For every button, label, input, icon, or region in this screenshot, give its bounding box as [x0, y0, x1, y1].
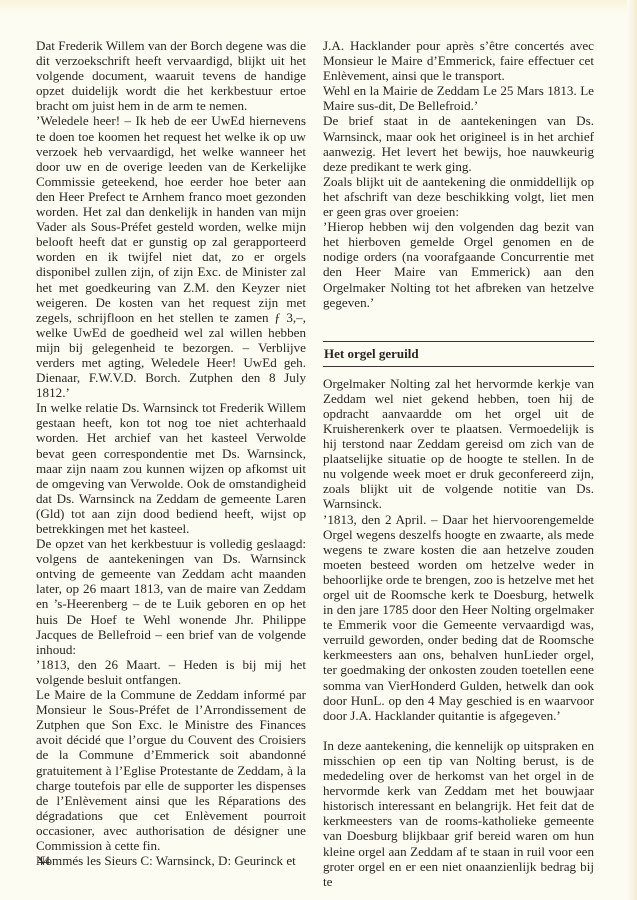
- page-number: 44: [37, 853, 50, 869]
- page-top-shade: [0, 0, 637, 14]
- letter-quote: ’Weledele heer! – Ik heb de eer UwEd hie…: [36, 113, 306, 400]
- paragraph: Dat Frederik Willem van der Borch degene…: [36, 38, 306, 113]
- quote: ’Hierop hebben wij den volgenden dag bez…: [323, 219, 594, 310]
- quote: ’1813, den 2 April. – Daar het hiervoore…: [323, 512, 594, 723]
- paragraph: De opzet van het kerkbestuur is volledig…: [36, 536, 306, 657]
- paragraph: Orgelmaker Nolting zal het hervormde ker…: [323, 376, 594, 512]
- quote: ’1813, den 26 Maart. – Heden is bij mij …: [36, 657, 306, 687]
- section-heading: Het orgel geruild: [323, 342, 594, 366]
- right-column: J.A. Hacklander pour après s’être concer…: [323, 38, 594, 889]
- paragraph: In deze aantekening, die kennelijk op ui…: [323, 738, 594, 889]
- paragraph: De brief staat in de aantekeningen van D…: [323, 113, 594, 173]
- page-right-shade: [627, 0, 637, 900]
- paragraph: Wehl en la Mairie de Zeddam Le 25 Mars 1…: [323, 83, 594, 113]
- spacer: [323, 310, 594, 341]
- paragraph: J.A. Hacklander pour après s’être concer…: [323, 38, 594, 83]
- french-decree: Le Maire de la Commune de Zeddam informé…: [36, 687, 306, 853]
- left-column: Dat Frederik Willem van der Borch degene…: [36, 38, 306, 868]
- paragraph: Zoals blijkt uit de aantekening die onmi…: [323, 174, 594, 219]
- paragraph: Nommés les Sieurs C: Warnsinck, D: Geuri…: [36, 853, 306, 868]
- paragraph: In welke relatie Ds. Warnsinck tot Frede…: [36, 400, 306, 536]
- spacer: [323, 367, 594, 376]
- spacer: [323, 723, 594, 738]
